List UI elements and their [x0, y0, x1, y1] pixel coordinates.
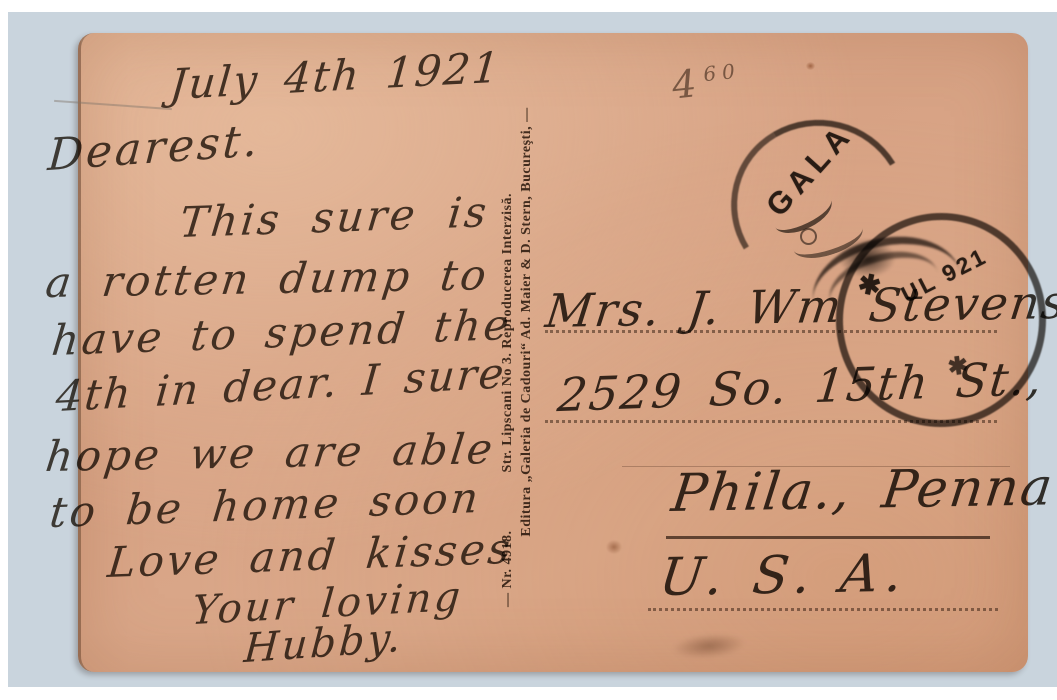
- address-underline-drawn: [666, 536, 990, 539]
- stain-spot: [806, 62, 815, 70]
- publisher-imprint-line2: — Nr. 4918. Str. Lipscani No 3. Reproduc…: [500, 138, 516, 662]
- postcard-scan: 460 July 4th 1921 Dearest. This sure is …: [0, 0, 1057, 700]
- pencil-price-cents: 60: [702, 59, 742, 87]
- pencil-price-note: 460: [670, 56, 744, 107]
- address-rule-4: [648, 608, 998, 611]
- imprint-number: — Nr. 4918.: [500, 530, 516, 607]
- address-country: U. S. A.: [656, 544, 912, 608]
- imprint-street: Str. Lipscani No 3. Reproducerea Interzi…: [500, 193, 516, 472]
- message-line: hope we are able: [43, 424, 498, 481]
- address-city: Phila., Penna: [668, 457, 1057, 524]
- small-ink-circle: [800, 228, 817, 245]
- address-name: Mrs. J. Wm Stevenson: [543, 274, 1057, 338]
- pencil-price-main: 4: [670, 61, 699, 107]
- publisher-imprint-line1: Editura „Galeria de Cadouri“ Ad. Maier &…: [519, 74, 535, 570]
- stain-spot: [606, 540, 622, 554]
- message-line: a rotten dump to: [43, 250, 492, 307]
